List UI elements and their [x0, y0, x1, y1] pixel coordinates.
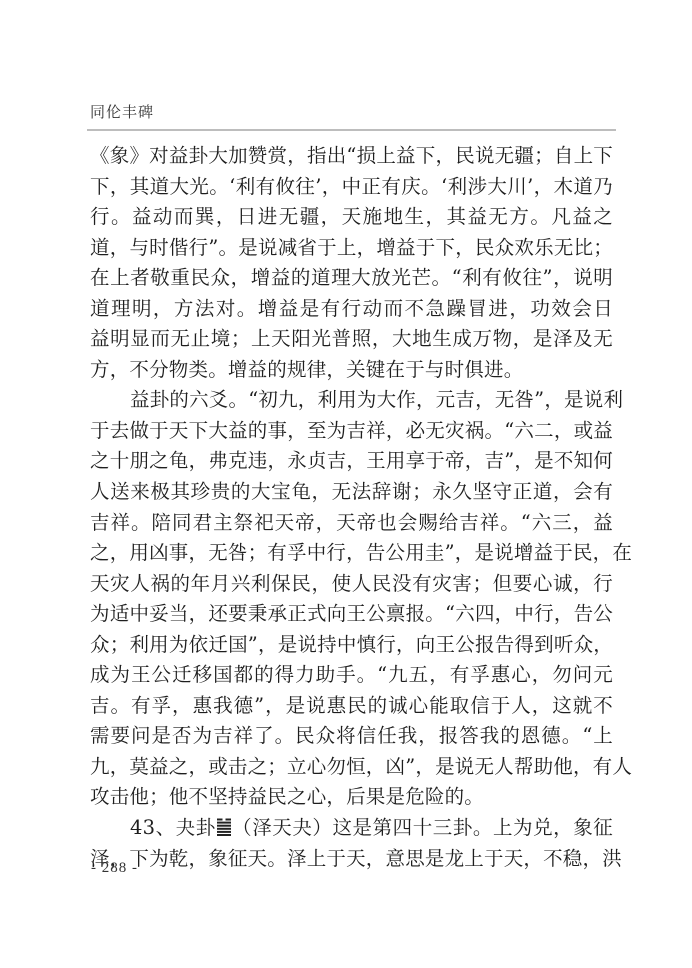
text-line: 人送来极其珍贵的大宝龟，无法辞谢；永久坚守正道，会有: [90, 477, 613, 508]
text-line: 《象》对益卦大加赞赏，指出“损上益下，民说无疆；自上下: [90, 141, 613, 172]
text-line: 益卦的六爻。“初九，利用为大作，元吉，无咎”，是说利: [90, 385, 613, 416]
text-line: 道理明，方法对。增益是有行动而不急躁冒进，功效会日: [90, 294, 613, 325]
text-line: 在上者敬重民众，增益的道理大放光芒。“利有攸往”，说明: [90, 263, 613, 294]
text-line: 下，其道大光。‘利有攸往’，中正有庆。‘利涉大川’，木道乃: [90, 172, 613, 203]
header-divider: [87, 129, 616, 131]
text-line: 九，莫益之，或击之；立心勿恒，凶”，是说无人帮助他，有人: [90, 752, 613, 783]
text-line: 需要问是否为吉祥了。民众将信任我，报答我的恩德。“上: [90, 721, 613, 752]
section-heading-prefix: 43、夬卦: [130, 816, 216, 839]
text-line: 攻击他；他不坚持益民之心，后果是危险的。: [90, 782, 613, 813]
text-line: 方，不分物类。增益的规律，关键在于与时俱进。: [90, 355, 613, 386]
text-line: 之十朋之龟，弗克违，永贞吉，王用享于帝，吉”，是不知何: [90, 446, 613, 477]
text-line: 众；利用为依迁国”，是说持中慎行，向王公报告得到听众，: [90, 630, 613, 661]
text-line: 成为王公迁移国都的得力助手。“九五，有孚惠心，勿问元: [90, 660, 613, 691]
text-line: 之，用凶事，无咎；有孚中行，告公用圭”，是说增益于民，在: [90, 538, 613, 569]
text-line: 吉。有孚，惠我德”，是说惠民的诚心能取信于人，这就不: [90, 691, 613, 722]
text-line: 天灾人祸的年月兴利保民，使人民没有灾害；但要心诚，行: [90, 569, 613, 600]
section-heading-rest: （泽天夬）这是第四十三卦。上为兑，象征: [232, 816, 613, 839]
text-line: 道，与时偕行”。是说减省于上，增益于下，民众欢乐无比；: [90, 233, 613, 264]
text-line: 泽，下为乾，象征天。泽上于天，意思是龙上于天，不稳，洪: [90, 844, 613, 875]
text-line: 益明显而无止境；上天阳光普照，大地生成万物，是泽及无: [90, 324, 613, 355]
running-header: 同伦丰碑: [90, 101, 154, 122]
body-text: 《象》对益卦大加赞赏，指出“损上益下，民说无疆；自上下 下，其道大光。‘利有攸往…: [90, 141, 613, 874]
hexagram-guai-icon: [217, 815, 231, 833]
text-line: 为适中妥当，还要秉承正式向王公禀报。“六四，中行，告公: [90, 599, 613, 630]
text-line: 吉祥。陪同君主祭祀天帝，天帝也会赐给吉祥。“六三，益: [90, 508, 613, 539]
document-page: 同伦丰碑 《象》对益卦大加赞赏，指出“损上益下，民说无疆；自上下 下，其道大光。…: [0, 0, 692, 968]
text-line: 行。益动而巽，日进无疆，天施地生，其益无方。凡益之: [90, 202, 613, 233]
text-line: 43、夬卦（泽天夬）这是第四十三卦。上为兑，象征: [90, 813, 613, 844]
text-line: 于去做于天下大益的事，至为吉祥，必无灾祸。“六二，或益: [90, 416, 613, 447]
page-number: - 288 -: [91, 860, 138, 877]
